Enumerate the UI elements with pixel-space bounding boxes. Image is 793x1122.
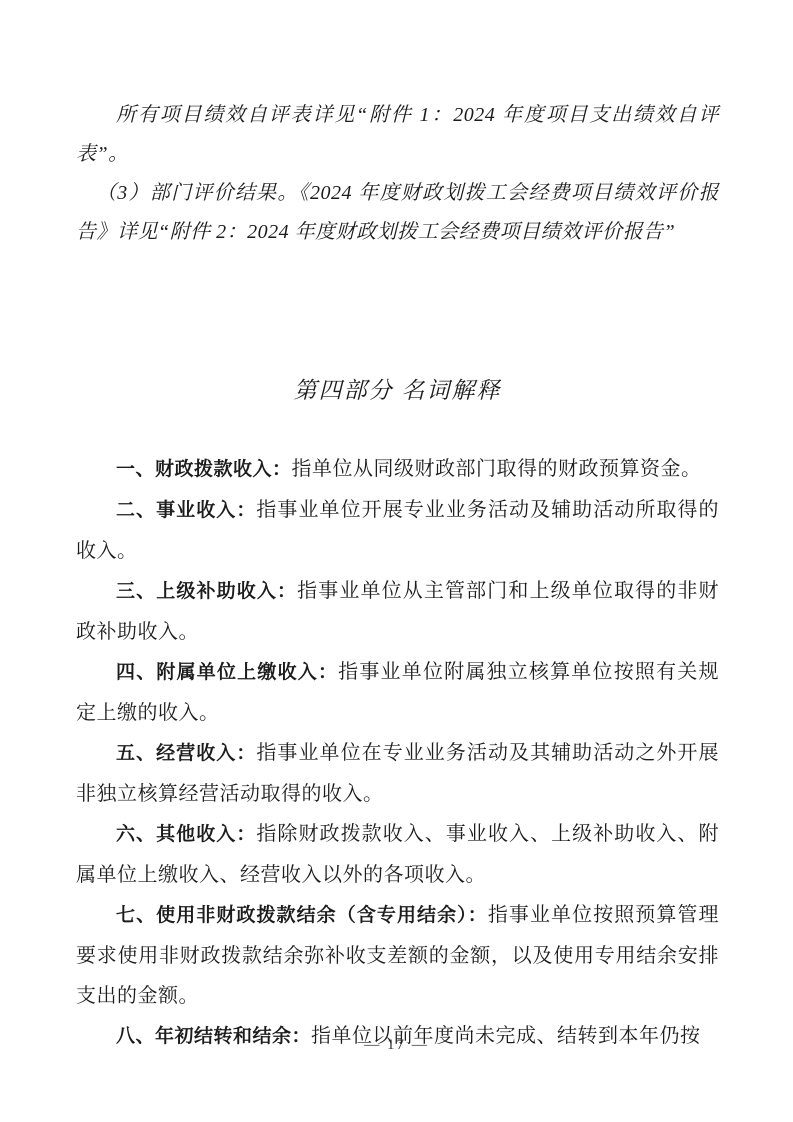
term-item: 二、事业收入：指事业单位开展专业业务活动及辅助活动所取得的收入。 xyxy=(76,490,719,571)
term-label: 三、上级补助收入： xyxy=(116,581,297,602)
terms-list: 一、财政拨款收入：指单位从同级财政部门取得的财政预算资金。 二、事业收入：指事业… xyxy=(76,449,719,1057)
document-page: 所有项目绩效自评表详见“附件 1：2024 年度项目支出绩效自评表”。 （3）部… xyxy=(0,0,793,1122)
term-item: 一、财政拨款收入：指单位从同级财政部门取得的财政预算资金。 xyxy=(76,449,719,490)
term-item: 三、上级补助收入：指事业单位从主管部门和上级单位取得的非财政补助收入。 xyxy=(76,571,719,652)
term-label: 五、经营收入： xyxy=(116,743,256,764)
term-item: 七、使用非财政拨款结余（含专用结余）：指事业单位按照预算管理要求使用非财政拨款结… xyxy=(76,895,719,1016)
intro-block: 所有项目绩效自评表详见“附件 1：2024 年度项目支出绩效自评表”。 （3）部… xyxy=(76,96,719,252)
term-item: 四、附属单位上缴收入：指事业单位附属独立核算单位按照有关规定上缴的收入。 xyxy=(76,652,719,733)
term-label: 一、财政拨款收入： xyxy=(116,459,292,480)
term-label: 六、其他收入： xyxy=(116,824,256,845)
term-label: 二、事业收入： xyxy=(116,500,256,521)
section-title: 第四部分 名词解释 xyxy=(76,372,719,405)
term-item: 六、其他收入：指除财政拨款收入、事业收入、上级补助收入、附属单位上缴收入、经营收… xyxy=(76,814,719,895)
term-label: 四、附属单位上缴收入： xyxy=(116,662,338,683)
intro-paragraph-2: （3）部门评价结果。《2024 年度财政划拨工会经费项目绩效评价报告》详见“附件… xyxy=(76,174,719,252)
term-definition: 指单位从同级财政部门取得的财政预算资金。 xyxy=(292,458,702,480)
term-label: 七、使用非财政拨款结余（含专用结余）： xyxy=(116,905,488,926)
document-content: 所有项目绩效自评表详见“附件 1：2024 年度项目支出绩效自评表”。 （3）部… xyxy=(76,96,719,1057)
term-item: 五、经营收入：指事业单位在专业业务活动及其辅助活动之外开展非独立核算经营活动取得… xyxy=(76,733,719,814)
intro-paragraph-1: 所有项目绩效自评表详见“附件 1：2024 年度项目支出绩效自评表”。 xyxy=(76,96,719,174)
page-number: — 17 — xyxy=(0,1037,793,1054)
